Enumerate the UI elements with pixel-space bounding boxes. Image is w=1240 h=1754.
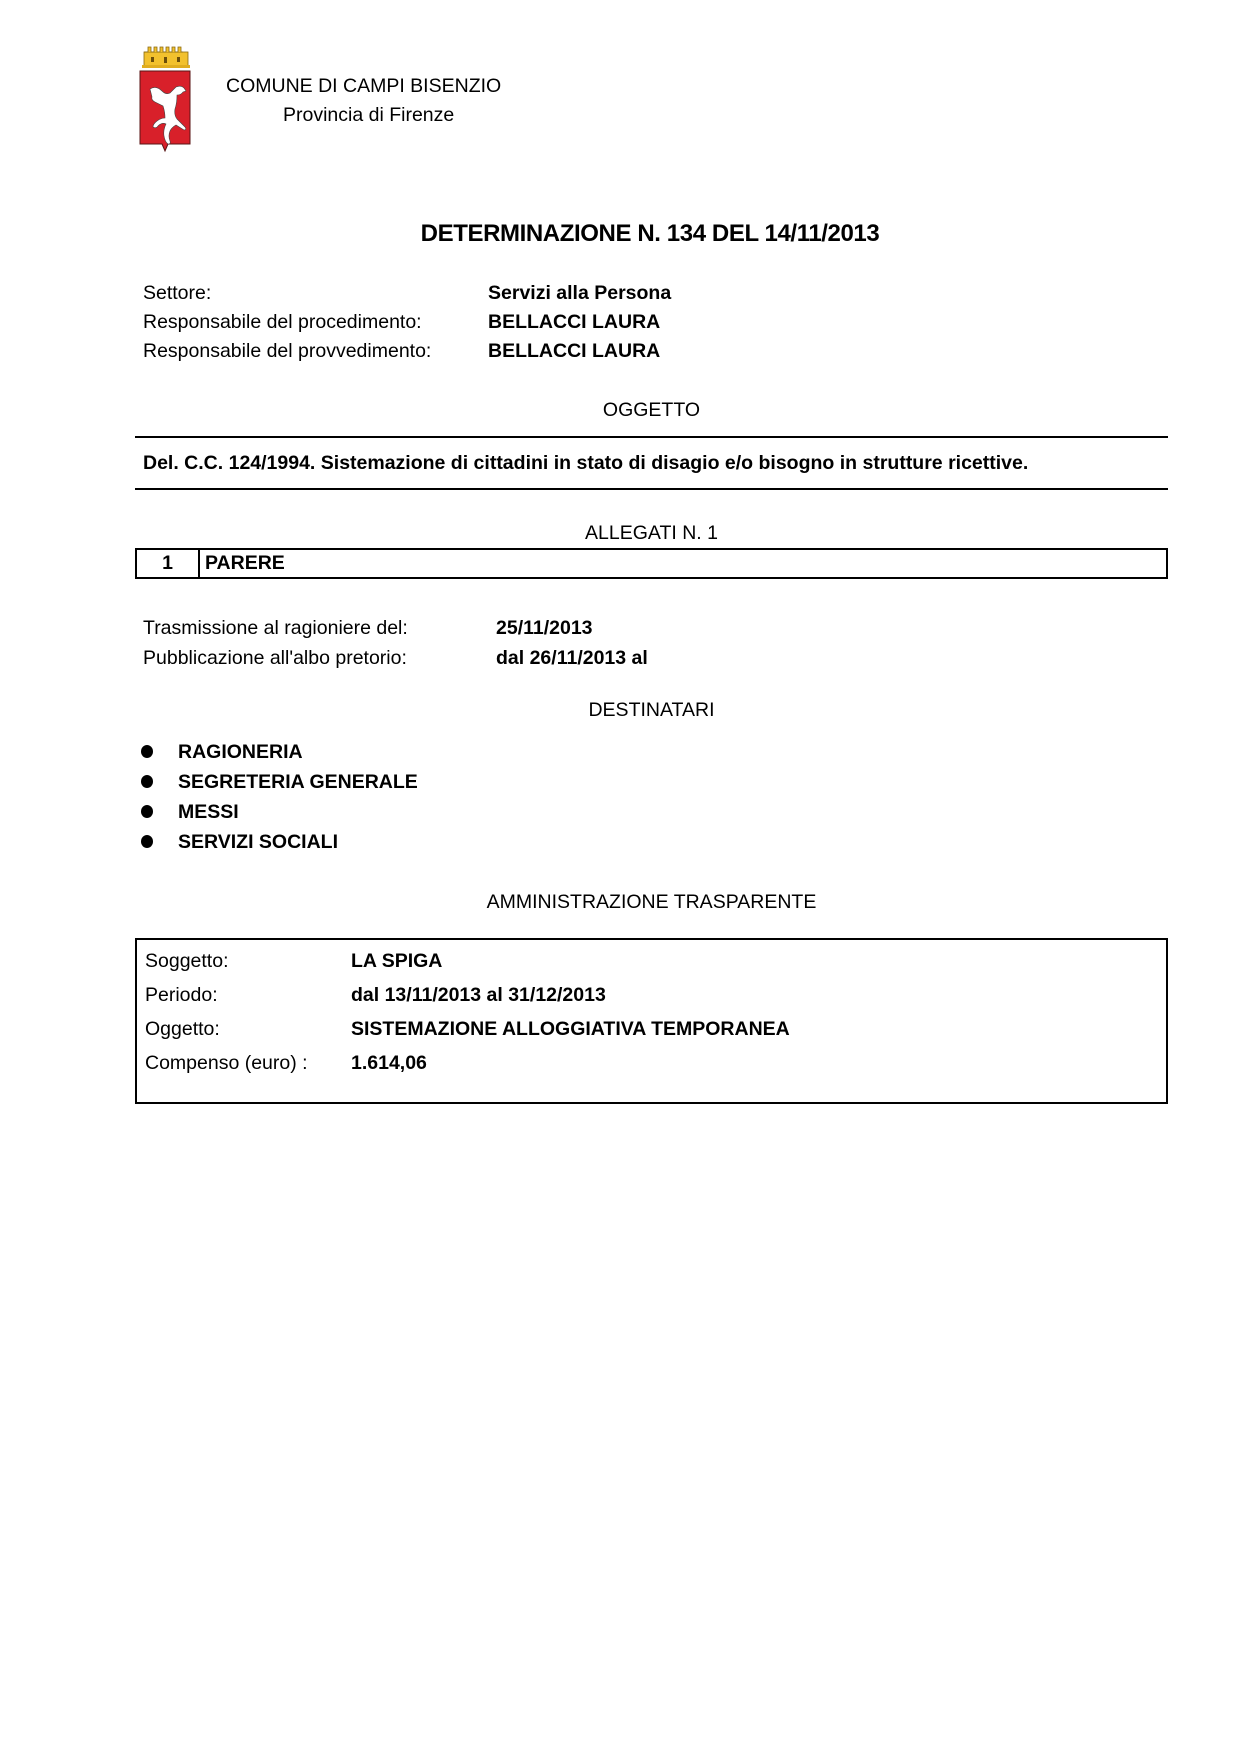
bullet-icon [141, 745, 153, 758]
province-name: Provincia di Firenze [283, 104, 454, 126]
allegato-name: PARERE [200, 550, 285, 577]
trasmissione-value: 25/11/2013 [496, 617, 593, 639]
divider [135, 436, 1168, 438]
trasmissione-label: Trasmissione al ragioniere del: [143, 617, 408, 639]
periodo-label: Periodo: [145, 984, 218, 1006]
municipality-name: COMUNE DI CAMPI BISENZIO [226, 75, 501, 97]
soggetto-value: LA SPIGA [351, 950, 442, 972]
bullet-icon [141, 835, 153, 848]
destinatario-item: SEGRETERIA GENERALE [178, 771, 418, 793]
settore-value: Servizi alla Persona [488, 282, 671, 304]
document-title: DETERMINAZIONE N. 134 DEL 14/11/2013 [0, 220, 1240, 248]
oggetto-heading: OGGETTO [135, 399, 1168, 421]
bullet-icon [141, 805, 153, 818]
destinatario-item: SERVIZI SOCIALI [178, 831, 338, 853]
oggetto-value: SISTEMAZIONE ALLOGGIATIVA TEMPORANEA [351, 1018, 790, 1040]
amministrazione-trasparente-heading: AMMINISTRAZIONE TRASPARENTE [135, 891, 1168, 913]
resp-procedimento-value: BELLACCI LAURA [488, 311, 660, 333]
amministrazione-trasparente-box: Soggetto: LA SPIGA Periodo: dal 13/11/20… [135, 938, 1168, 1104]
allegato-number: 1 [137, 550, 200, 577]
compenso-label: Compenso (euro) : [145, 1052, 308, 1074]
soggetto-label: Soggetto: [145, 950, 228, 972]
divider [135, 488, 1168, 490]
destinatario-item: RAGIONERIA [178, 741, 303, 763]
oggetto-text: Del. C.C. 124/1994. Sistemazione di citt… [143, 452, 1028, 474]
crown-icon [142, 47, 190, 68]
bullet-icon [141, 775, 153, 788]
periodo-value: dal 13/11/2013 al 31/12/2013 [351, 984, 606, 1006]
resp-provvedimento-value: BELLACCI LAURA [488, 340, 660, 362]
destinatari-heading: DESTINATARI [135, 699, 1168, 721]
allegati-table: 1 PARERE [135, 548, 1168, 579]
coat-of-arms-icon [136, 44, 194, 156]
compenso-value: 1.614,06 [351, 1052, 427, 1074]
pubblicazione-label: Pubblicazione all'albo pretorio: [143, 647, 407, 669]
resp-procedimento-label: Responsabile del procedimento: [143, 311, 422, 333]
destinatario-item: MESSI [178, 801, 239, 823]
oggetto-label: Oggetto: [145, 1018, 220, 1040]
allegati-heading: ALLEGATI N. 1 [135, 522, 1168, 544]
pubblicazione-value: dal 26/11/2013 al [496, 647, 648, 669]
settore-label: Settore: [143, 282, 211, 304]
resp-provvedimento-label: Responsabile del provvedimento: [143, 340, 431, 362]
